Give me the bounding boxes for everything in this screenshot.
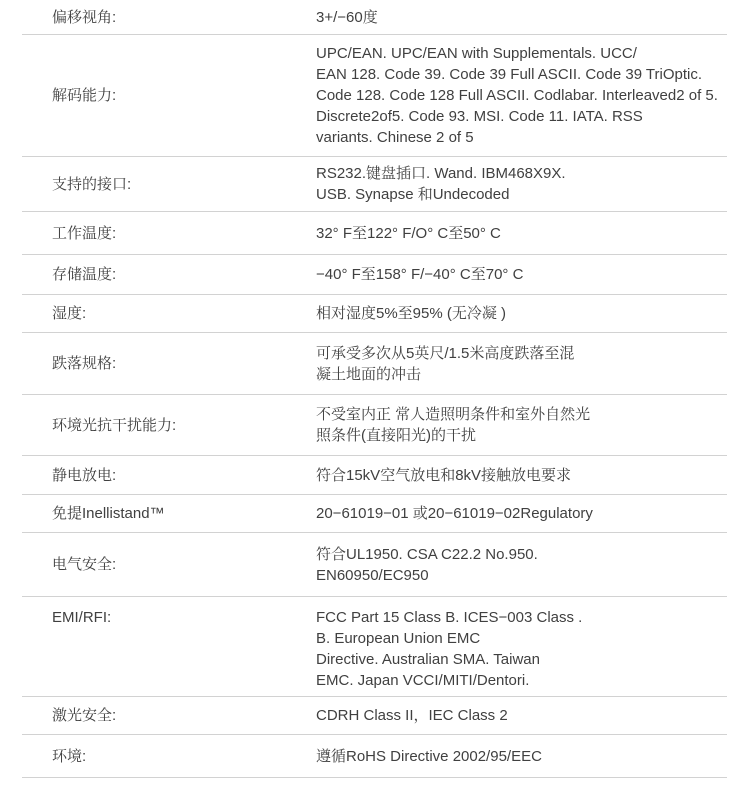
- spec-value-line: 符合UL1950. CSA C22.2 No.950.: [316, 544, 721, 565]
- spec-row: 存储温度: −40° F至158° F/−40° C至70° C: [22, 255, 727, 295]
- spec-value-line: 相对湿度5%至95% (无冷凝 ): [316, 303, 721, 324]
- spec-value-line: 照条件(直接阳光)的干扰: [316, 425, 721, 446]
- spec-value-line: 3+/−60度: [316, 7, 721, 28]
- spec-label: 工作温度:: [22, 223, 316, 244]
- spec-label: 跌落规格:: [22, 353, 316, 374]
- spec-row: 环境: 遵循RoHS Directive 2002/95/EEC: [22, 735, 727, 778]
- spec-value-line: UPC/EAN. UPC/EAN with Supplementals. UCC…: [316, 43, 721, 64]
- spec-value-line: CDRH Class II，IEC Class 2: [316, 705, 721, 726]
- spec-value-line: RS232.键盘插口. Wand. IBM468X9X.: [316, 163, 721, 184]
- spec-value-line: EN60950/EC950: [316, 565, 721, 586]
- spec-value-line: 32° F至122° F/O° C至50° C: [316, 223, 721, 244]
- spec-label: 激光安全:: [22, 705, 316, 726]
- spec-value-line: 遵循RoHS Directive 2002/95/EEC: [316, 746, 721, 767]
- spec-row: 电气安全: 符合UL1950. CSA C22.2 No.950. EN6095…: [22, 533, 727, 597]
- spec-value-line: EMC. Japan VCCI/MITI/Dentori.: [316, 670, 721, 691]
- spec-row: EMI/RFI: FCC Part 15 Class B. ICES−003 C…: [22, 597, 727, 697]
- spec-value-line: Discrete2of5. Code 93. MSI. Code 11. IAT…: [316, 106, 721, 127]
- spec-value-line: variants. Chinese 2 of 5: [316, 127, 721, 148]
- spec-row: 湿度: 相对湿度5%至95% (无冷凝 ): [22, 295, 727, 333]
- spec-value: 不受室内正 常人造照明条件和室外自然光 照条件(直接阳光)的干扰: [316, 404, 727, 446]
- spec-label: 支持的接口:: [22, 174, 316, 195]
- spec-value-line: USB. Synapse 和Undecoded: [316, 184, 721, 205]
- spec-value: 相对湿度5%至95% (无冷凝 ): [316, 303, 727, 324]
- spec-value-line: 不受室内正 常人造照明条件和室外自然光: [316, 404, 721, 425]
- spec-label: 环境光抗干扰能力:: [22, 415, 316, 436]
- spec-value-line: B. European Union EMC: [316, 628, 721, 649]
- spec-value: 符合15kV空气放电和8kV接触放电要求: [316, 465, 727, 486]
- spec-row: 支持的接口: RS232.键盘插口. Wand. IBM468X9X. USB.…: [22, 157, 727, 212]
- spec-value: 20−61019−01 或20−61019−02Regulatory: [316, 503, 727, 524]
- spec-label: 电气安全:: [22, 554, 316, 575]
- spec-row: 免提Inellistand™ 20−61019−01 或20−61019−02R…: [22, 495, 727, 533]
- spec-value: FCC Part 15 Class B. ICES−003 Class . B.…: [316, 607, 727, 691]
- spec-label: 免提Inellistand™: [22, 503, 316, 524]
- spec-value: 符合UL1950. CSA C22.2 No.950. EN60950/EC95…: [316, 544, 727, 586]
- spec-label: 湿度:: [22, 303, 316, 324]
- spec-label: 静电放电:: [22, 465, 316, 486]
- spec-table: 偏移视角: 3+/−60度 解码能力: UPC/EAN. UPC/EAN wit…: [22, 0, 727, 778]
- spec-value: UPC/EAN. UPC/EAN with Supplementals. UCC…: [316, 43, 727, 148]
- spec-value: 遵循RoHS Directive 2002/95/EEC: [316, 746, 727, 767]
- spec-row: 环境光抗干扰能力: 不受室内正 常人造照明条件和室外自然光 照条件(直接阳光)的…: [22, 395, 727, 456]
- spec-value-line: 符合15kV空气放电和8kV接触放电要求: [316, 465, 721, 486]
- spec-label: 偏移视角:: [22, 7, 316, 28]
- spec-value-line: −40° F至158° F/−40° C至70° C: [316, 264, 721, 285]
- spec-value-line: 20−61019−01 或20−61019−02Regulatory: [316, 503, 721, 524]
- spec-value-line: 凝土地面的冲击: [316, 364, 721, 385]
- spec-label: 环境:: [22, 746, 316, 767]
- spec-label: 存储温度:: [22, 264, 316, 285]
- spec-label: 解码能力:: [22, 85, 316, 106]
- spec-row: 激光安全: CDRH Class II，IEC Class 2: [22, 697, 727, 735]
- spec-value: CDRH Class II，IEC Class 2: [316, 705, 727, 726]
- spec-value: 可承受多次从5英尺/1.5米高度跌落至混 凝土地面的冲击: [316, 343, 727, 385]
- spec-value-line: 可承受多次从5英尺/1.5米高度跌落至混: [316, 343, 721, 364]
- spec-row: 静电放电: 符合15kV空气放电和8kV接触放电要求: [22, 456, 727, 495]
- spec-label: EMI/RFI:: [22, 607, 316, 628]
- spec-value: 3+/−60度: [316, 7, 727, 28]
- spec-value: −40° F至158° F/−40° C至70° C: [316, 264, 727, 285]
- spec-row: 偏移视角: 3+/−60度: [22, 0, 727, 35]
- spec-value: 32° F至122° F/O° C至50° C: [316, 223, 727, 244]
- spec-value-line: FCC Part 15 Class B. ICES−003 Class .: [316, 607, 721, 628]
- spec-row: 跌落规格: 可承受多次从5英尺/1.5米高度跌落至混 凝土地面的冲击: [22, 333, 727, 395]
- spec-value-line: Code 128. Code 128 Full ASCII. Codlabar.…: [316, 85, 721, 106]
- spec-value: RS232.键盘插口. Wand. IBM468X9X. USB. Synaps…: [316, 163, 727, 205]
- spec-value-line: Directive. Australian SMA. Taiwan: [316, 649, 721, 670]
- spec-value-line: EAN 128. Code 39. Code 39 Full ASCII. Co…: [316, 64, 721, 85]
- spec-row: 解码能力: UPC/EAN. UPC/EAN with Supplemental…: [22, 35, 727, 157]
- spec-row: 工作温度: 32° F至122° F/O° C至50° C: [22, 212, 727, 255]
